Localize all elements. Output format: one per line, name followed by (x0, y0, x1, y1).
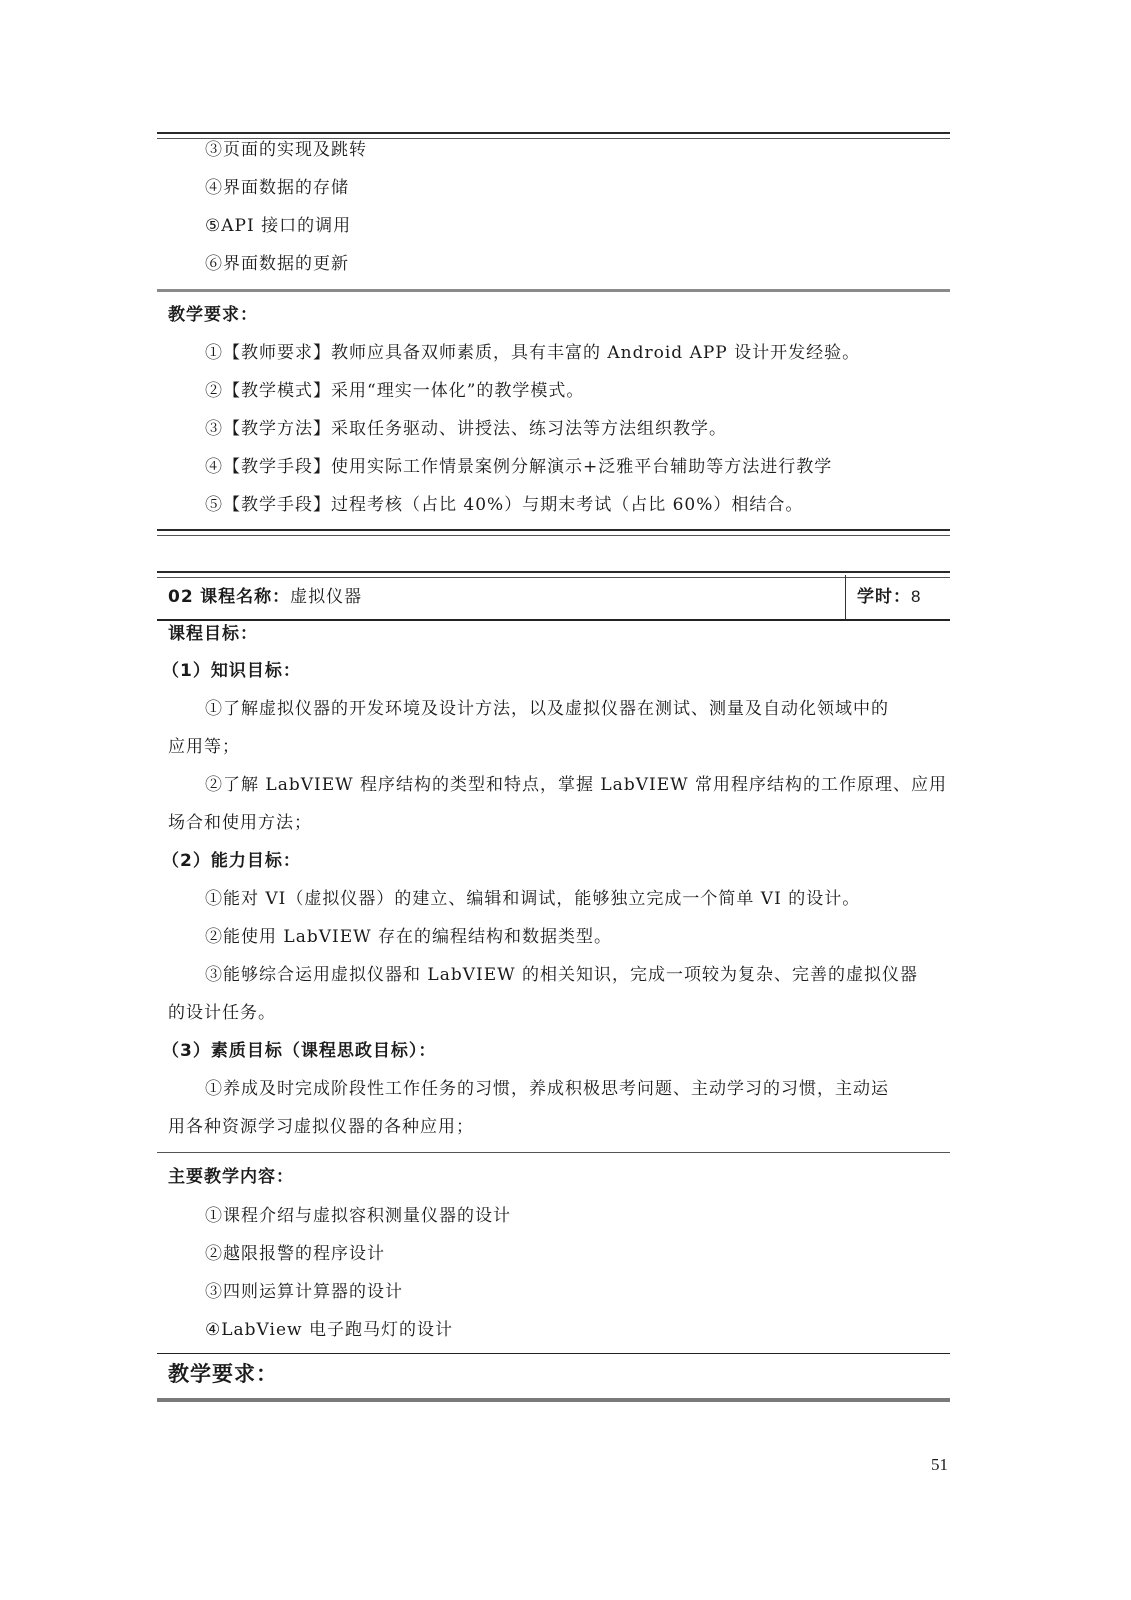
ability-objective-item: ①能对 VI（虚拟仪器）的建立、编辑和调试，能够独立完成一个简单 VI 的设计。 (205, 888, 860, 910)
section-divider (157, 1152, 950, 1153)
knowledge-objective-item-cont: 应用等； (168, 736, 240, 758)
prev-content-item: ④界面数据的存储 (205, 177, 349, 199)
teaching-requirement-item: ①【教师要求】教师应具备双师素质，具有丰富的 Android APP 设计开发经… (205, 342, 860, 364)
teaching-requirements-heading: 教学要求： (168, 304, 258, 326)
objectives-heading: 课程目标： (168, 623, 258, 645)
prev-content-item: ⑤API 接口的调用 (205, 215, 351, 237)
quality-objectives-heading: （3）素质目标（课程思政目标）： (162, 1040, 436, 1062)
table-top-border (157, 132, 950, 139)
knowledge-objective-item-cont: 场合和使用方法； (168, 812, 312, 834)
course-table-top-border (157, 571, 950, 578)
teaching-requirement-item: ③【教学方法】采取任务驱动、讲授法、练习法等方法组织教学。 (205, 418, 727, 440)
course-hours-value: 8 (911, 587, 921, 606)
quality-objective-item-cont: 用各种资源学习虚拟仪器的各种应用； (168, 1116, 474, 1138)
course-name-label: 课程名称： (200, 587, 290, 607)
header-cell-divider (845, 575, 846, 620)
quality-objective-item: ①养成及时完成阶段性工作任务的习惯，养成积极思考问题、主动学习的习惯，主动运 (205, 1078, 889, 1100)
course-number: 02 (168, 587, 194, 607)
table-bottom-border (157, 1398, 950, 1402)
knowledge-objectives-heading: （1）知识目标： (162, 660, 301, 682)
section-divider (157, 1353, 950, 1354)
section-divider (157, 289, 950, 292)
page-number: 51 (931, 1455, 948, 1475)
teaching-requirements-heading: 教学要求： (168, 1360, 278, 1388)
main-content-item: ②越限报警的程序设计 (205, 1243, 385, 1265)
ability-objective-item-cont: 的设计任务。 (168, 1002, 276, 1024)
course-hours: 学时：8 (857, 586, 921, 608)
knowledge-objective-item: ②了解 LabVIEW 程序结构的类型和特点，掌握 LabVIEW 常用程序结构… (205, 774, 947, 796)
ability-objectives-heading: （2）能力目标： (162, 850, 301, 872)
main-content-item: ①课程介绍与虚拟容积测量仪器的设计 (205, 1205, 511, 1227)
main-content-item: ④LabView 电子跑马灯的设计 (205, 1319, 453, 1341)
ability-objective-item: ②能使用 LabVIEW 存在的编程结构和数据类型。 (205, 926, 612, 948)
course-name-value: 虚拟仪器 (290, 587, 362, 607)
document-page: ③页面的实现及跳转 ④界面数据的存储 ⑤API 接口的调用 ⑥界面数据的更新 教… (0, 0, 1131, 1600)
header-row-border (157, 619, 950, 621)
main-content-item: ③四则运算计算器的设计 (205, 1281, 403, 1303)
table-bottom-border (157, 529, 950, 536)
course-title-row: 02 课程名称：虚拟仪器 (168, 586, 362, 608)
teaching-requirement-item: ④【教学手段】使用实际工作情景案例分解演示+泛雅平台辅助等方法进行教学 (205, 456, 832, 478)
knowledge-objective-item: ①了解虚拟仪器的开发环境及设计方法，以及虚拟仪器在测试、测量及自动化领域中的 (205, 698, 889, 720)
prev-content-item: ⑥界面数据的更新 (205, 253, 349, 275)
prev-content-item: ③页面的实现及跳转 (205, 139, 367, 161)
course-hours-label: 学时： (857, 587, 911, 607)
teaching-requirement-item: ②【教学模式】采用“理实一体化”的教学模式。 (205, 380, 584, 402)
main-content-heading: 主要教学内容： (168, 1166, 294, 1188)
teaching-requirement-item: ⑤【教学手段】过程考核（占比 40%）与期末考试（占比 60%）相结合。 (205, 494, 803, 516)
ability-objective-item: ③能够综合运用虚拟仪器和 LabVIEW 的相关知识，完成一项较为复杂、完善的虚… (205, 964, 918, 986)
